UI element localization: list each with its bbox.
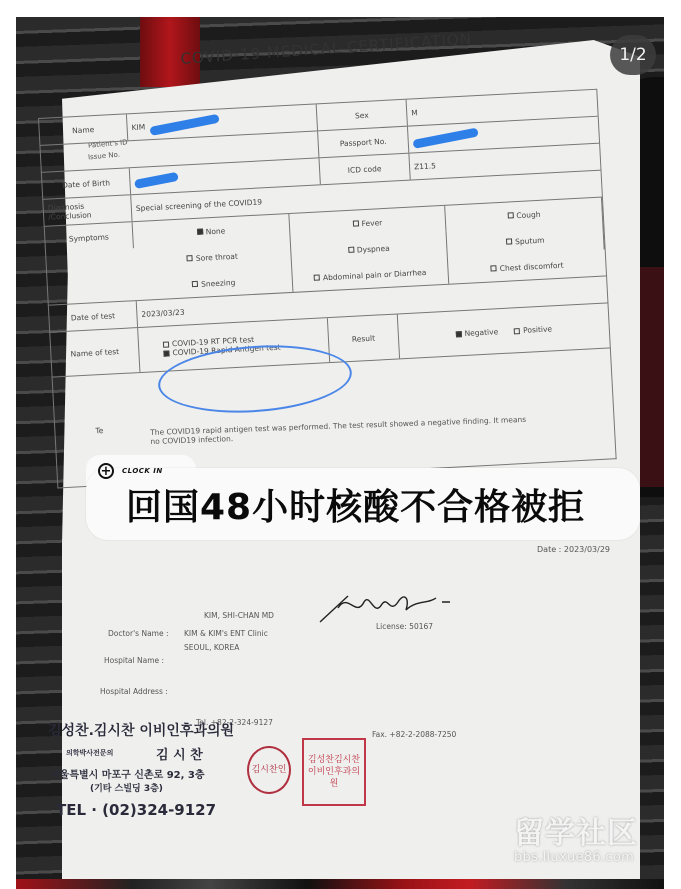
stamp-building: (기타 스빌딩 3층) [90, 781, 163, 794]
checkbox-icon [192, 281, 198, 287]
doctor-line-2: KIM & KIM's ENT Clinic [184, 629, 268, 638]
symptom-label: Sneezing [201, 277, 236, 288]
name-label: Name [39, 114, 128, 145]
redaction-mark [412, 127, 479, 148]
stamp-clinic-name: 김성찬.김시찬 이비인후과의원 [48, 720, 234, 740]
doctor-signature [318, 588, 458, 626]
doctor-line-1: KIM, SHI-CHAN MD [204, 611, 274, 620]
symptoms-label: Symptoms [45, 222, 134, 253]
symptom-label: Abdominal pain or Diarrhea [323, 267, 427, 281]
sticker-headline: 回国48小时核酸不合格被拒 [126, 488, 585, 528]
doctor-label: Doctor's Name : [108, 629, 169, 638]
result-text: Positive [523, 324, 552, 335]
fax: Fax. +82-2-2088-7250 [372, 730, 456, 739]
name-text: KIM [131, 122, 145, 132]
stamp-doctor-name: 김 시 찬 [156, 744, 203, 763]
stamp-tel: TEL · (02)324-9127 [56, 801, 216, 819]
symptom-label: None [205, 226, 225, 236]
issue-date: Date : 2023/03/29 [537, 545, 610, 554]
symptom-label: Sore throat [196, 251, 238, 262]
result-negative[interactable]: Negative [455, 327, 498, 338]
doctor-line-3: SEOUL, KOREA [184, 643, 239, 652]
page-indicator: 1/2 [610, 35, 656, 75]
square-seal: 김성찬김시찬이비인후과의원 [302, 738, 366, 806]
checkbox-icon [348, 247, 354, 253]
checkbox-icon [187, 255, 193, 261]
stamp-title: 의학박사전문의 [66, 748, 113, 758]
plus-circle-icon[interactable]: + [98, 463, 114, 479]
checkbox-icon [507, 212, 513, 218]
checkbox-icon [352, 220, 358, 226]
checkbox-checked-icon [197, 229, 203, 235]
redaction-mark [134, 171, 179, 188]
passport-label: Passport No. [318, 127, 409, 158]
symptom-label: Fever [361, 218, 382, 228]
symptom-label: Cough [516, 209, 541, 219]
checkbox-icon [514, 328, 520, 334]
dob-label: Date of Birth [42, 168, 131, 199]
redaction-mark [149, 113, 219, 135]
background-bottom-strip [16, 879, 664, 889]
hospital-address-label: Hospital Address : [100, 687, 168, 696]
watermark-brand: 留学社区 [514, 818, 638, 850]
checkbox-icon [314, 274, 320, 280]
icd-label: ICD code [319, 154, 410, 185]
stamp-address: 서울특별시 마포구 신촌로 92, 3층 [50, 766, 205, 781]
sex-label: Sex [317, 100, 408, 131]
result-text: Negative [464, 327, 498, 338]
watermark: 留学社区 bbs.liuxue86.com [514, 818, 638, 865]
checkbox-icon [506, 238, 512, 244]
diagnosis-label: Diagnosis /Conclusion [43, 195, 132, 226]
checkbox-icon [163, 341, 169, 347]
clock-in-label: CLOCK IN [122, 467, 163, 475]
checkbox-checked-icon [163, 350, 169, 356]
date-of-test-label: Date of test [49, 301, 138, 332]
name-of-test-label: Name of test [50, 328, 140, 377]
result-positive[interactable]: Positive [514, 324, 552, 335]
hospital-name-label: Hospital Name : [104, 656, 164, 665]
checkbox-icon [491, 265, 497, 271]
symptom-label: Sputum [515, 235, 545, 246]
checkbox-checked-icon [455, 331, 461, 337]
round-seal: 김시찬인 [247, 746, 291, 794]
result-label: Result [328, 314, 400, 362]
symptom-label: Dyspnea [357, 243, 390, 254]
watermark-url: bbs.liuxue86.com [514, 850, 638, 865]
symptom-label: Chest discomfort [499, 260, 563, 272]
